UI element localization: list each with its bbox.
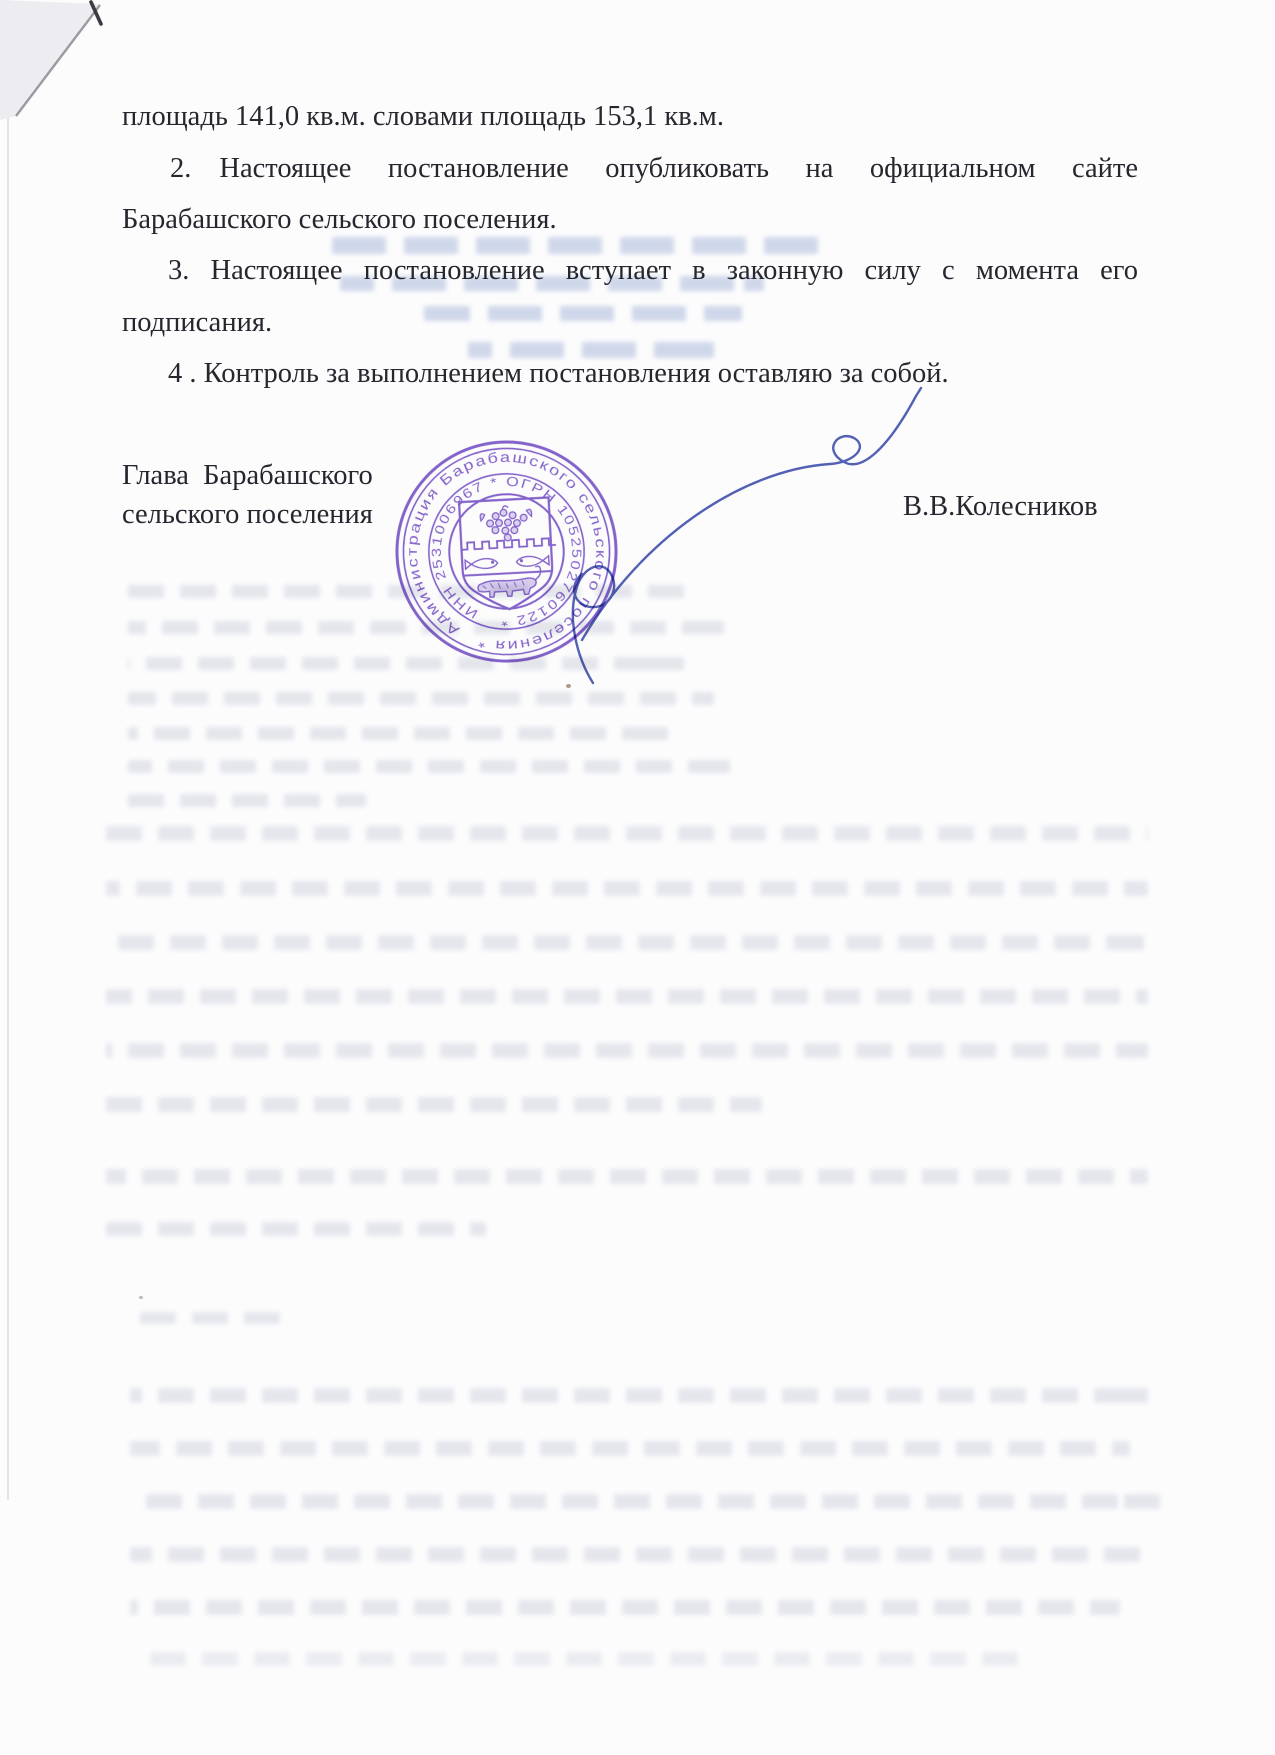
bleed-through-line	[128, 692, 714, 705]
item-number: 2.	[170, 153, 191, 184]
signatory-name: В.В.Колесников	[903, 487, 1163, 527]
page-corner-fold	[0, 0, 130, 140]
bleed-through-line	[150, 1652, 1030, 1666]
dust-speck	[566, 684, 571, 688]
paper-edge-shadow	[7, 0, 9, 1500]
bleed-through-line	[106, 1222, 486, 1236]
bleed-through-line	[106, 826, 1148, 841]
bleed-through-line	[130, 1600, 1120, 1615]
bleed-through-line	[106, 881, 1148, 896]
official-stamp: Администрация Барабашского сельского пос…	[386, 431, 627, 672]
bleed-through-line	[106, 935, 1148, 950]
item-text: Настоящее постановление опубликовать на …	[219, 153, 1138, 184]
bleed-through-line	[106, 989, 1148, 1004]
shield-fish	[465, 555, 549, 569]
bleed-through-line	[130, 1441, 1130, 1456]
dust-speck	[139, 1296, 143, 1299]
body-text-line: подписания.	[122, 303, 1138, 343]
bleed-through-line	[128, 727, 668, 740]
bleed-through-line	[140, 1312, 292, 1324]
bleed-through-line	[128, 760, 730, 773]
bleed-through-line	[128, 794, 366, 807]
body-text-line: 4 . Контроль за выполнением постановлени…	[122, 354, 1138, 394]
signature-stroke	[582, 388, 921, 640]
body-text-line: Барабашского сельского поселения.	[122, 200, 1138, 240]
bleed-through-line	[106, 1097, 762, 1112]
bleed-through-line	[130, 1388, 1148, 1403]
shield-tiger	[477, 566, 542, 598]
shield-grapes	[480, 505, 533, 543]
corner-fold-mark	[91, 2, 101, 24]
stamp-outer-ring	[391, 436, 621, 666]
bleed-through-line	[130, 1547, 1140, 1562]
bleed-through-line	[130, 1494, 1160, 1509]
stamp-seal-graphic: Администрация Барабашского сельского пос…	[386, 431, 627, 672]
bleed-through-line	[106, 1169, 1148, 1184]
document-page: площадь 141,0 кв.м. словами площадь 153,…	[0, 0, 1275, 1755]
body-text-line: 2.Настоящее постановление опубликовать н…	[122, 149, 1138, 189]
bleed-through-line	[106, 1043, 1148, 1058]
body-text-line: площадь 141,0 кв.м. словами площадь 153,…	[122, 97, 1138, 137]
body-text-line: 3. Настоящее постановление вступает в за…	[122, 251, 1138, 291]
